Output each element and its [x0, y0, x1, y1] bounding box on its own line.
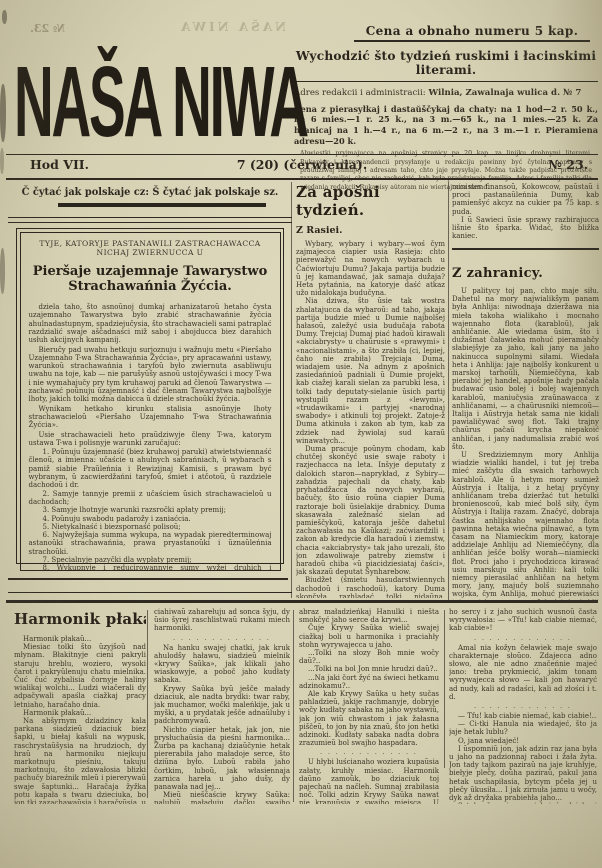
ad-list-item: 6. Najwyžejšaja summa wykupa, na wypadak… [29, 531, 272, 556]
feuilleton-column-1: Harmonik płakau. Harmonik płakaŭ... Mies… [14, 608, 146, 804]
paragraph: Čuje Krywy Saŭka wielič swajej ciažkaj b… [299, 624, 439, 649]
paragraph: ciahiwaŭ zaharełuju ad sonca šyju, dy ŭs… [154, 608, 290, 633]
dotted-separator: . . . . . . . . . . . . . [449, 703, 597, 710]
ad-paragraph: Wynikam hetkaho kirunku stalisia asnoŭny… [29, 405, 272, 430]
paragraph: Duma pracuje poŭnym chodam, kab chutčej … [296, 445, 445, 576]
paragraph: U palitycy toj pan, chto maje siłu. Dahe… [452, 287, 599, 451]
column-rule [444, 610, 445, 768]
address-label: Adres redakcii i administracii: [294, 88, 426, 98]
paragraph: Amal nia kožyn čeławiek maje swajo chara… [449, 644, 597, 701]
ad-list-item: 7. Specialnyje pazyčki dla wypłaty premi… [29, 556, 272, 564]
paragraph: — Ci-tki Hanula nia wiedajeć, što ja jaj… [449, 720, 597, 736]
paragraph: Harmonik płakaŭ... [14, 709, 146, 717]
paragraph: abraz maładzieńkaj Hanulki i niešta smok… [299, 608, 439, 624]
column-rule [293, 610, 294, 802]
paragraph: Wybary, wybary i wybary—woś čym zajmajec… [296, 240, 445, 297]
paragraph: Krywy Saŭka byŭ ješče małady dziaciuk, a… [154, 685, 290, 726]
newspaper-page: № 23. NAŠA NIWA Cena a obnaho numeru 5 k… [0, 0, 602, 868]
paragraph: Na abšyrnym dziadzincy kala parkana siad… [14, 717, 146, 804]
column-rule [291, 182, 292, 598]
dotted-separator: . . . . . . . . . . . . . [299, 749, 439, 756]
paragraph: ...Na jaki čort žyć na świeci hetkamu ad… [299, 674, 439, 690]
feuilleton-column-4: ho sercy i z jaho suchich wusnoŭ časta w… [449, 608, 597, 804]
section-divider-rule [452, 248, 599, 250]
ink-smudge [0, 248, 5, 294]
address-line: Adres redakcii i administracii: Wilnia, … [294, 88, 598, 99]
insurance-ad-inner: TYJE, KATORYJE PASTANAWILI ZASTRACHAWACC… [20, 232, 281, 571]
masthead-title: NAŠA NIWA [14, 52, 307, 152]
dotted-separator: . . . . . . . . . . . . . [154, 635, 290, 642]
article-subtitle: Z Rasiei. [296, 225, 445, 236]
paragraph: Harmonik płakaŭ... [14, 635, 146, 643]
ad-paragraph: dziela taho, što asnoŭnoj dumkaj arhaniz… [29, 303, 272, 344]
paragraph: O, jana wiedajeć! [449, 737, 597, 745]
date-label: 7 (20) (čerwienia). [6, 157, 598, 172]
double-rule [8, 217, 292, 223]
ad-title: Pieršaje uzajemnaje Tawarystwo Strachawa… [33, 265, 268, 295]
ad-list-item: 1. Poŭnuju ŭzajemnaść (biez kruhawoj par… [29, 448, 272, 489]
column-rule [448, 182, 449, 600]
paragraph: ...Tolki na słozy Boh mnie wočy daŭ?.. [299, 649, 439, 665]
frequency-line: Wychodzić što tydzień ruskimi i łacinski… [294, 49, 598, 82]
ad-list-item: 3. Samyje lhotnyje warunki razsročki apł… [29, 506, 272, 514]
ink-smudge [0, 84, 6, 142]
feuilleton-rule [6, 600, 598, 603]
paragraph: S taho času jana uciekajeć ad jaho i nad… [449, 802, 597, 804]
paragraph: Mieŭ nieščaście krywy Saŭka: palubiŭ mał… [154, 791, 290, 804]
paragraph: Miesiac tolki što ŭzyjšoŭ nad młynam. Bł… [14, 643, 146, 709]
rule-below-ad [8, 592, 292, 593]
feuilleton-title: Harmonik płakau. [14, 610, 146, 628]
ink-smudge [0, 148, 4, 174]
insurance-ad-box: TYJE, KATORYJE PASTANAWILI ZASTRACHAWACC… [16, 228, 284, 564]
paragraph: Ale kab Krywy Saŭka u hety sučas pahladz… [299, 690, 439, 747]
address-value: Wilnia, Zawalnaja wulica d. № 7 [428, 88, 581, 98]
issue-number: № 23. [548, 157, 588, 172]
feuilleton-column-3: abraz maładzieńkaj Hanulki i niešta smok… [299, 608, 439, 804]
masthead: NAŠA NIWA [14, 52, 300, 154]
column-rule [147, 610, 148, 798]
ad-list-item: 4. Poŭnuju swabodu padarožy i zaniaćcia. [29, 515, 272, 523]
ad-list-item: 8. Wykupnyje i reducirowannyje sumy wyže… [29, 564, 272, 570]
subscription-rates: Cena z pierasyłkaj i dastaŭščykaj da cha… [294, 104, 598, 147]
heavy-bar [58, 203, 266, 207]
dateline: Hod VII. 7 (20) (čerwienia). № 23. [6, 157, 598, 175]
paragraph: Biudžet (śmietu hasudarstwiennych dachod… [296, 576, 445, 598]
ad-list-item: 5. Nietykalnaść i biezspornaść polisoŭ; [29, 523, 272, 531]
inkbleed-masthead-text: NAŠA NIWA [178, 20, 286, 34]
price-line: Cena a obnaho numeru 5 kap. [354, 24, 590, 42]
paragraph: — Tfu! kab ciabie niemać, kab ciabie!.. [449, 712, 597, 720]
pronunciation-note: Č čytać jak polskaje cz: Š čytać jak pol… [8, 187, 292, 198]
section-title: Z zahranicy. [452, 266, 599, 281]
paragraph: Na hanku swajej chatki, jak kruk ahulodš… [154, 644, 290, 685]
rule-below-dateline [6, 178, 598, 180]
feuilleton-column-2: ciahiwaŭ zaharełuju ad sonca šyju, dy ŭs… [154, 608, 290, 804]
paragraph: U hłybi luścianaho woziera kupaŭsia zała… [299, 758, 439, 804]
ink-smudge [2, 10, 7, 24]
inkbleed-issue-number: № 23. [30, 22, 65, 35]
ad-list-item: 2. Samyje tannyje premii z učaściem ŭsic… [29, 490, 272, 507]
paper-stain [0, 798, 602, 868]
paragraph: minister finansoŭ, Kokowcow, paŭstaŭ i p… [452, 183, 599, 216]
paragraph: Nia dziwa, što ŭsie tak wostra zhalataju… [296, 297, 445, 445]
paragraph: I ŭ Sawieci ŭsie sprawy razbirajucca liš… [452, 216, 599, 241]
paragraph: I ŭspomniŭ jon, jak adzin raz jana była … [449, 745, 597, 802]
ad-kicker: TYJE, KATORYJE PASTANAWILI ZASTRACHAWACC… [29, 239, 272, 259]
dotted-separator: . . . . . . . . . . . . . [449, 635, 597, 642]
paragraph: ho sercy i z jaho suchich wusnoŭ časta w… [449, 608, 597, 633]
rule-below-ad [8, 578, 288, 580]
paragraph: Nichto ciapier hetak, jak jon, nie prysł… [154, 726, 290, 792]
article-z-zahranicy: minister finansoŭ, Kokowcow, paŭstaŭ i p… [452, 183, 599, 601]
paragraph: ...Tolki na bol Jon mnie hrudzi daŭ?.. [299, 665, 439, 673]
rule-above-dateline [6, 154, 598, 155]
ad-paragraph: Usie strachawacieli heto praŭdziwyje čle… [29, 431, 272, 448]
paragraph: U Sredziziemnym mory Anhlija wiadzie wia… [452, 451, 599, 601]
article-za-aposhni-tydzien: Za apošni tydzień. Z Rasiei. Wybary, wyb… [296, 183, 445, 598]
article-title: Za apošni tydzień. [296, 183, 445, 219]
ad-paragraph: Bieručy pad uwahu hetkuju surjoznuju i w… [29, 346, 272, 404]
